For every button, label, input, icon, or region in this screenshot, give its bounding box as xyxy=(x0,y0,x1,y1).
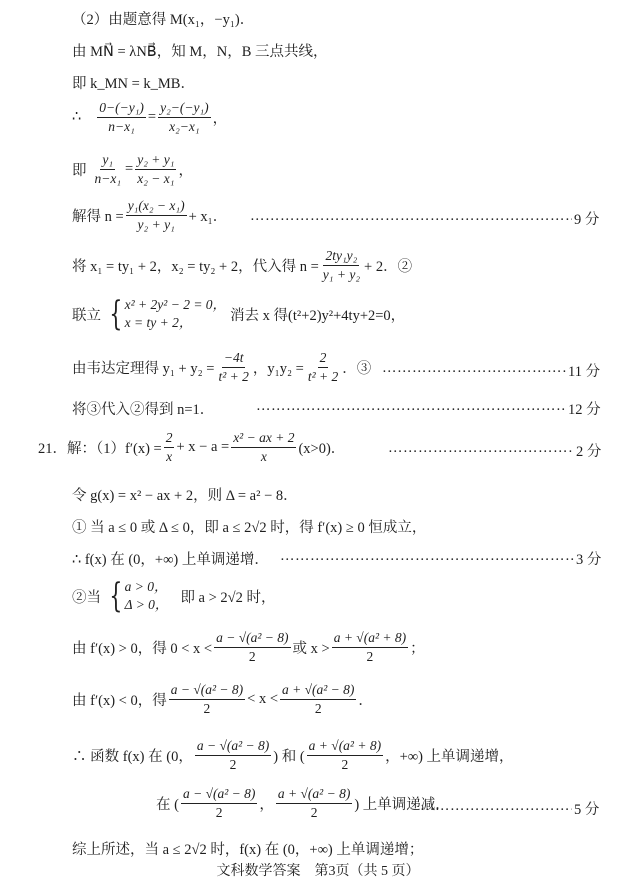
left-brace-icon: { xyxy=(109,297,122,331)
text: 联立 xyxy=(72,304,101,325)
line-g-definition: 令 g(x) = x² − ax + 2，则 Δ = a² − 8． xyxy=(72,484,298,505)
text: 令 g(x) = x² − ax + 2，则 Δ = a² − 8． xyxy=(72,484,298,505)
fraction: y₂−(−y₁) x₂−x₁ xyxy=(158,100,211,134)
text: 即 xyxy=(72,159,87,180)
denominator: 2 xyxy=(340,756,351,773)
denominator: 2 xyxy=(309,804,320,821)
score-leader-dots: …………………………………………………………………………………………………………… xyxy=(280,548,574,565)
denominator: t² + 2 xyxy=(216,368,250,385)
fraction: 0−(−y₁) n−x₁ xyxy=(97,100,146,134)
text: （2）由题意得 M(x₁，−y₁)． xyxy=(72,8,254,29)
text: 由 MN⃗ = λNB⃗，知 M，N，B 三点共线， xyxy=(72,40,328,61)
score-12: 12 分 xyxy=(568,398,601,419)
numerator: a − √(a² − 8) xyxy=(214,630,290,648)
fraction: a + √(a² − 8) 2 xyxy=(276,786,352,820)
line-case-1: ① 当 a ≤ 0 或 Δ ≤ 0，即 a ≤ 2√2 时，得 f′(x) ≥ … xyxy=(72,516,426,537)
fraction: a − √(a² − 8) 2 xyxy=(195,738,271,772)
text: + x − a = xyxy=(176,439,229,456)
line-summary: 综上所述，当 a ≤ 2√2 时，f(x) 在 (0，+∞) 上单调递增； xyxy=(72,838,423,859)
score-leader-dots: …………………………………………………………………………………………………………… xyxy=(256,398,566,415)
text: ； xyxy=(410,637,425,658)
numerator: a − √(a² − 8) xyxy=(195,738,271,756)
fraction: a − √(a² − 8) 2 xyxy=(214,630,290,664)
line-solve-n: 解得 n = y₁(x₂ − x₁) y₂ + y₁ + x₁． xyxy=(72,198,227,232)
numerator: 0−(−y₁) xyxy=(97,100,146,118)
system-row: a > 0， xyxy=(125,578,169,596)
text: ) 和 ( xyxy=(273,745,304,766)
line-collinear: 由 MN⃗ = λNB⃗，知 M，N，B 三点共线， xyxy=(72,40,328,61)
line-vieta: 由韦达定理得 y₁ + y₂ = −4t t² + 2 ，y₁y₂ = 2 t²… xyxy=(72,350,371,384)
fraction: a + √(a² + 8) 2 xyxy=(307,738,383,772)
denominator: x xyxy=(164,448,174,465)
text: 综上所述，当 a ≤ 2√2 时，f(x) 在 (0，+∞) 上单调递增； xyxy=(72,838,423,859)
numerator: 2 xyxy=(164,430,175,448)
score-3: 3 分 xyxy=(576,548,601,569)
line-decreasing-interval: 在 ( a − √(a² − 8) 2 ， a + √(a² − 8) 2 ) … xyxy=(156,786,450,820)
text: ， xyxy=(213,107,228,128)
score-leader-dots: …………………………………………………………………………………………………………… xyxy=(420,798,572,815)
denominator: n−x₁ xyxy=(93,170,124,187)
numerator: a − √(a² − 8) xyxy=(181,786,257,804)
score-leader-dots: …………………………………………………………………………………………………………… xyxy=(388,440,574,457)
fraction: a − √(a² − 8) 2 xyxy=(169,682,245,716)
text: ， xyxy=(178,159,193,180)
numerator: y₁(x₂ − x₁) xyxy=(126,198,187,216)
numerator: a + √(a² − 8) xyxy=(276,786,352,804)
line-substitute: 将 x₁ = ty₁ + 2，x₂ = ty₂ + 2，代入得 n = 2ty₁… xyxy=(72,248,412,282)
text: 由韦达定理得 y₁ + y₂ = xyxy=(72,357,214,378)
text: (x>0)． xyxy=(298,437,345,458)
numerator: x² − ax + 2 xyxy=(231,430,296,448)
text: ②当 xyxy=(72,586,101,607)
text: 将③代入②得到 n=1． xyxy=(72,398,214,419)
text: 在 ( xyxy=(156,793,179,814)
numerator: a + √(a² − 8) xyxy=(280,682,356,700)
inequality-system: { a > 0， Δ > 0， xyxy=(105,578,168,614)
numerator: a + √(a² + 8) xyxy=(307,738,383,756)
denominator: t² + 2 xyxy=(306,368,340,385)
text: 将 x₁ = ty₁ + 2，x₂ = ty₂ + 2，代入得 n = xyxy=(72,255,319,276)
fraction: a + √(a² − 8) 2 xyxy=(280,682,356,716)
text: ．③ xyxy=(342,357,371,378)
page-footer: 文科数学答案 第3页（共 5 页） xyxy=(0,860,636,880)
numerator: y₂ + y₁ xyxy=(135,152,176,170)
left-brace-icon: { xyxy=(109,579,122,613)
score-9: 9 分 xyxy=(574,208,599,229)
numerator: y₂−(−y₁) xyxy=(158,100,211,118)
text: < x < xyxy=(247,691,278,708)
text: 解得 n = xyxy=(72,205,124,226)
score-2: 2 分 xyxy=(576,440,601,461)
text: ， xyxy=(259,793,274,814)
system-row: x = ty + 2， xyxy=(125,314,226,332)
denominator: 2 xyxy=(247,648,258,665)
fraction: y₁ n−x₁ xyxy=(93,152,124,186)
line-case-2: ②当 { a > 0， Δ > 0， 即 a > 2√2 时， xyxy=(72,578,276,614)
denominator: y₁ + y₂ xyxy=(321,266,362,283)
text: ∴ f(x) 在 (0，+∞) 上单调递增． xyxy=(72,548,269,569)
fraction: a + √(a² + 8) 2 xyxy=(332,630,408,664)
text: ． xyxy=(358,689,373,710)
fraction: 2 t² + 2 xyxy=(306,350,340,384)
score-leader-dots: …………………………………………………………………………………………………………… xyxy=(382,360,566,377)
numerator: a − √(a² − 8) xyxy=(169,682,245,700)
fraction: a − √(a² − 8) 2 xyxy=(181,786,257,820)
line-therefore-fraction: ∴ 0−(−y₁) n−x₁ = y₂−(−y₁) x₂−x₁ ， xyxy=(72,100,227,134)
denominator: 2 xyxy=(365,648,376,665)
text: ，y₁y₂ = xyxy=(253,357,304,378)
denominator: n−x₁ xyxy=(106,118,137,135)
line-system-eliminate: 联立 { x² + 2y² − 2 = 0， x = ty + 2， 消去 x … xyxy=(72,296,405,332)
denominator: x₂−x₁ xyxy=(167,118,201,135)
numerator: 2ty₁y₂ xyxy=(323,248,359,266)
line-simplified-fraction: 即 y₁ n−x₁ = y₂ + y₁ x₂ − x₁ ， xyxy=(72,152,193,186)
fraction: y₁(x₂ − x₁) y₂ + y₁ xyxy=(126,198,187,232)
denominator: 2 xyxy=(214,804,225,821)
line-m-coordinates: （2）由题意得 M(x₁，−y₁)． xyxy=(72,8,254,29)
fraction: x² − ax + 2 x xyxy=(231,430,296,464)
numerator: −4t xyxy=(222,350,246,368)
line-n-equals-1: 将③代入②得到 n=1． xyxy=(72,398,214,419)
numerator: 2 xyxy=(318,350,329,368)
numerator: a + √(a² + 8) xyxy=(332,630,408,648)
fraction: y₂ + y₁ x₂ − x₁ xyxy=(135,152,176,186)
fraction: 2ty₁y₂ y₁ + y₂ xyxy=(321,248,362,282)
score-leader-dots: …………………………………………………………………………………………………………… xyxy=(250,208,572,225)
text: ，+∞) 上单调递增， xyxy=(385,745,513,766)
line-q21-derivative: 21．解：（1）f′(x) = 2 x + x − a = x² − ax + … xyxy=(38,430,345,464)
equals: = xyxy=(125,161,133,178)
denominator: 2 xyxy=(228,756,239,773)
therefore-symbol: ∴ xyxy=(72,109,81,126)
text: + x₁． xyxy=(189,205,228,226)
text: 即 a > 2√2 时， xyxy=(180,586,275,607)
text: 由 f′(x) < 0，得 xyxy=(72,689,167,710)
text: ① 当 a ≤ 0 或 Δ ≤ 0，即 a ≤ 2√2 时，得 f′(x) ≥ … xyxy=(72,516,426,537)
line-slope-equal: 即 k_MN = k_MB． xyxy=(72,72,195,93)
line-increasing-intervals: ∴ 函数 f(x) 在 (0， a − √(a² − 8) 2 ) 和 ( a … xyxy=(72,738,514,772)
denominator: 2 xyxy=(313,700,324,717)
text: 或 x > xyxy=(293,637,330,658)
text: ∴ 函数 f(x) 在 (0， xyxy=(72,745,193,766)
numerator: y₁ xyxy=(100,152,115,170)
denominator: x₂ − x₁ xyxy=(135,170,176,187)
score-5: 5 分 xyxy=(574,798,599,819)
line-monotonic-increase: ∴ f(x) 在 (0，+∞) 上单调递增． xyxy=(72,548,269,569)
text: 消去 x 得(t²+2)y²+4ty+2=0， xyxy=(230,304,405,325)
text: + 2．② xyxy=(364,255,412,276)
system-row: Δ > 0， xyxy=(125,596,169,614)
system-row: x² + 2y² − 2 = 0， xyxy=(125,296,226,314)
text: 即 k_MN = k_MB． xyxy=(72,72,195,93)
line-f-prime-negative: 由 f′(x) < 0，得 a − √(a² − 8) 2 < x < a + … xyxy=(72,682,373,716)
fraction: 2 x xyxy=(164,430,175,464)
denominator: x xyxy=(259,448,269,465)
denominator: y₂ + y₁ xyxy=(136,216,177,233)
text: 由 f′(x) > 0，得 0 < x < xyxy=(72,637,212,658)
denominator: 2 xyxy=(202,700,213,717)
equation-system: { x² + 2y² − 2 = 0， x = ty + 2， xyxy=(105,296,226,332)
score-11: 11 分 xyxy=(568,360,600,381)
fraction: −4t t² + 2 xyxy=(216,350,250,384)
equals: = xyxy=(148,109,156,126)
question-heading: 21．解：（1）f′(x) = xyxy=(38,437,162,458)
line-f-prime-positive: 由 f′(x) > 0，得 0 < x < a − √(a² − 8) 2 或 … xyxy=(72,630,425,664)
